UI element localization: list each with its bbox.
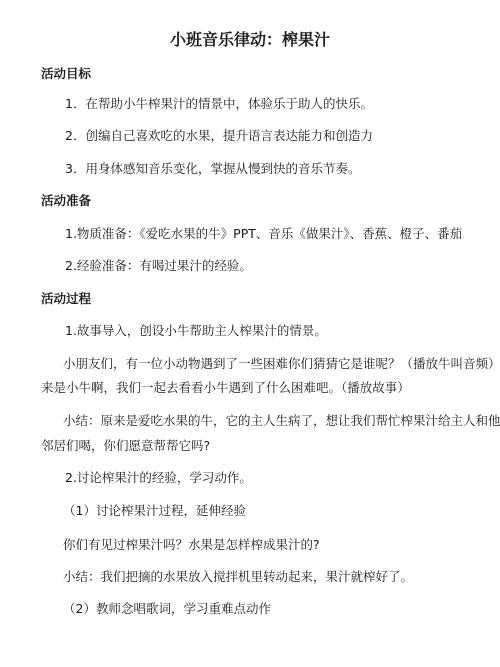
section-heading-process: 活动过程 bbox=[41, 291, 91, 307]
section-heading-preparation: 活动准备 bbox=[41, 193, 91, 209]
process-substep-1: （1）讨论榨果汁过程，延伸经验 bbox=[63, 503, 246, 519]
section-heading-goals: 活动目标 bbox=[41, 66, 91, 82]
process-summary-2: 小结：我们把摘的水果放入搅拌机里转动起来，果汁就榨好了。 bbox=[63, 569, 413, 585]
prep-item-2: 2.经验准备：有喝过果汁的经验。 bbox=[65, 258, 252, 274]
document-page: 小班音乐律动：榨果汁 活动目标 1．在帮助小牛榨果汁的情景中，体验乐于助人的快乐… bbox=[0, 0, 500, 667]
process-paragraph-line: 小朋友们，有一位小动物遇到了一些困难你们猜猜它是谁呢？（播放牛叫音频）原 bbox=[63, 356, 500, 372]
process-step-2: 2.讨论榨果汁的经验，学习动作。 bbox=[65, 470, 252, 486]
process-substep-2: （2）教师念唱歌词，学习重难点动作 bbox=[63, 601, 271, 617]
process-summary-line: 邻居们喝，你们愿意帮帮它吗? bbox=[41, 438, 210, 454]
document-title: 小班音乐律动：榨果汁 bbox=[0, 30, 500, 50]
goal-item-3: 3．用身体感知音乐变化，掌握从慢到快的音乐节奏。 bbox=[65, 161, 360, 177]
prep-item-1: 1.物质准备：《爱吃水果的牛》PPT、音乐《做果汁》、香蕉、橙子、番茄 bbox=[65, 226, 462, 242]
process-step-1: 1.故事导入，创设小牛帮助主人榨果汁的情景。 bbox=[65, 323, 327, 339]
goal-item-2: 2．创编自己喜欢吃的水果，提升语言表达能力和创造力 bbox=[65, 128, 373, 144]
goal-item-1: 1．在帮助小牛榨果汁的情景中，体验乐于助人的快乐。 bbox=[65, 96, 373, 112]
process-paragraph-line: 来是小牛啊，我们一起去看看小牛遇到了什么困难吧。（播放故事） bbox=[41, 380, 410, 396]
process-question: 你们有见过榨果汁吗？水果是怎样榨成果汁的? bbox=[63, 537, 320, 553]
process-summary-line: 小结：原来是爱吃水果的牛，它的主人生病了，想让我们帮忙榨果汁给主人和他的 bbox=[63, 413, 500, 429]
